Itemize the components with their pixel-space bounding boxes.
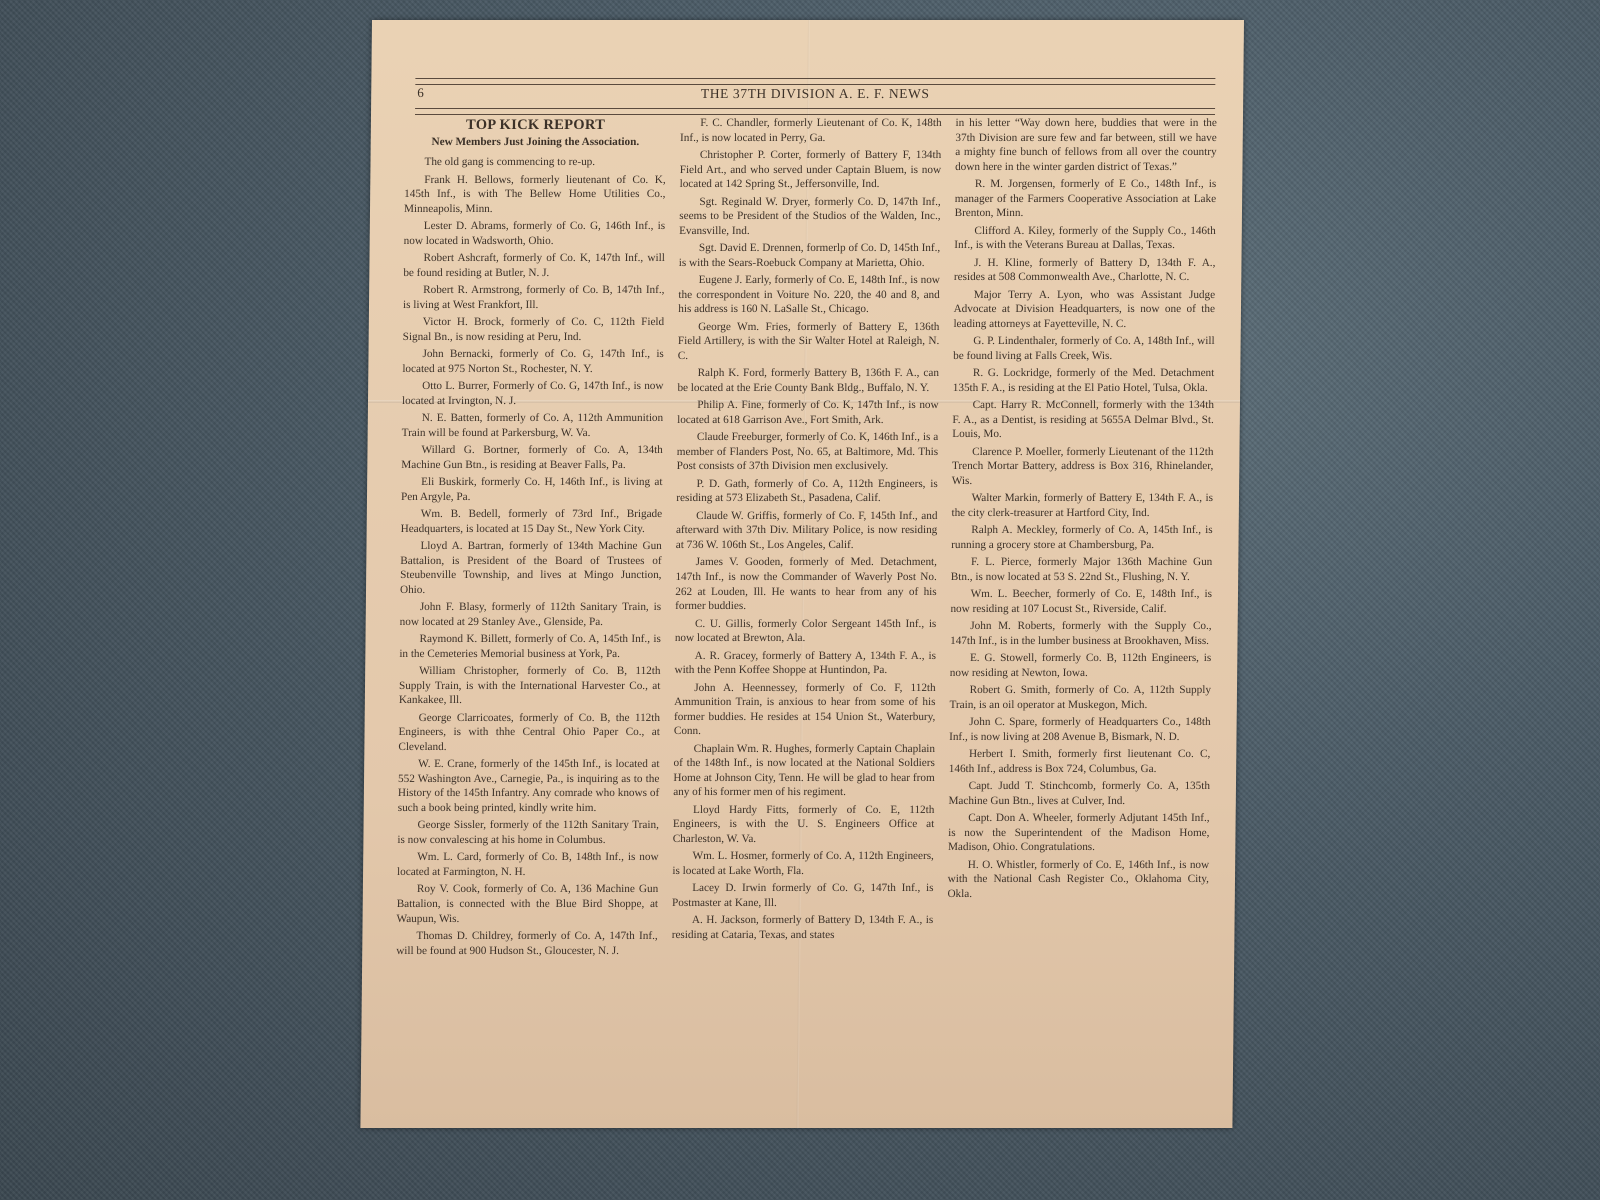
member-entry: Wm. B. Bedell, formerly of 73rd Inf., Br… xyxy=(401,507,663,536)
member-entry: Ralph K. Ford, formerly Battery B, 136th… xyxy=(677,366,939,395)
running-title: THE 37TH DIVISION A. E. F. NEWS xyxy=(415,86,1215,102)
member-entry: Philip A. Fine, formerly of Co. K, 147th… xyxy=(677,398,939,427)
member-entry: Clarence P. Moeller, formerly Lieutenant… xyxy=(952,445,1214,489)
member-entry: Wm. L. Hosmer, formerly of Co. A, 112th … xyxy=(672,849,934,878)
member-entry: Lloyd Hardy Fitts, formerly of Co. E, 11… xyxy=(673,803,935,847)
member-entry: Claude W. Griffis, formerly of Co. F, 14… xyxy=(676,509,938,553)
member-entry: H. O. Whistler, formerly of Co. E, 146th… xyxy=(947,858,1209,902)
member-entry: George Clarricoates, formerly of Co. B, … xyxy=(398,711,660,755)
member-entry: Lacey D. Irwin formerly of Co. G, 147th … xyxy=(672,881,934,910)
member-entry: A. R. Gracey, formerly of Battery A, 134… xyxy=(674,649,936,678)
member-entry: John M. Roberts, formerly with the Suppl… xyxy=(950,619,1212,648)
member-entry: The old gang is commencing to re-up. xyxy=(404,155,665,170)
member-entry: Wm. L. Beecher, formerly of Co. E, 148th… xyxy=(950,587,1212,616)
member-entry: E. G. Stowell, formerly Co. B, 112th Eng… xyxy=(950,651,1212,680)
member-entry: Willard G. Bortner, formerly of Co. A, 1… xyxy=(401,443,663,472)
member-entry: James V. Gooden, formerly of Med. Detach… xyxy=(675,555,937,613)
member-entry: Robert R. Armstrong, formerly of Co. B, … xyxy=(403,283,665,312)
member-entry: Roy V. Cook, formerly of Co. A, 136 Mach… xyxy=(397,882,659,926)
column-1: TOP KICK REPORT New Members Just Joining… xyxy=(395,116,667,1106)
member-entry: W. E. Crane, formerly of the 145th Inf.,… xyxy=(398,757,660,815)
member-entry: John C. Spare, formerly of Headquarters … xyxy=(949,715,1211,744)
member-entry: Capt. Don A. Wheeler, formerly Adjutant … xyxy=(948,811,1210,855)
member-entry: Claude Freeburger, formerly of Co. K, 14… xyxy=(677,430,939,474)
member-entry: Clifford A. Kiley, formerly of the Suppl… xyxy=(954,224,1216,253)
member-entry: J. H. Kline, formerly of Battery D, 134t… xyxy=(954,256,1216,285)
member-entry: Otto L. Burrer, Formerly of Co. G, 147th… xyxy=(402,379,664,408)
member-entry: Robert Ashcraft, formerly of Co. K, 147t… xyxy=(403,251,665,280)
masthead-rule-top xyxy=(415,78,1215,85)
member-entry: John A. Heennessey, formerly of Co. F, 1… xyxy=(674,681,936,739)
member-entry: Wm. L. Card, formerly of Co. B, 148th In… xyxy=(397,850,659,879)
member-entry: Robert G. Smith, formerly of Co. A, 112t… xyxy=(949,683,1211,712)
masthead-rule-bottom xyxy=(415,108,1215,115)
member-entry: R. M. Jorgensen, formerly of E Co., 148t… xyxy=(955,177,1217,221)
newspaper-page: 6 THE 37TH DIVISION A. E. F. NEWS TOP KI… xyxy=(360,20,1244,1128)
member-entry: Sgt. David E. Drennen, formerlp of Co. D… xyxy=(679,241,941,270)
member-entry: Christopher P. Corter, formerly of Batte… xyxy=(680,148,942,192)
member-entry: Herbert I. Smith, formerly first lieuten… xyxy=(949,747,1211,776)
member-entry: Capt. Harry R. McConnell, formerly with … xyxy=(952,398,1214,442)
masthead: 6 THE 37TH DIVISION A. E. F. NEWS xyxy=(415,78,1215,114)
member-entry: Thomas D. Childrey, formerly of Co. A, 1… xyxy=(396,929,658,958)
column-3: in his letter “Way down here, buddies th… xyxy=(945,116,1217,1106)
member-entry: Frank H. Bellows, formerly lieutenant of… xyxy=(404,173,666,217)
member-entry: Eli Buskirk, formerly Co. H, 146th Inf.,… xyxy=(401,475,663,504)
member-entry: F. C. Chandler, formerly Lieutenant of C… xyxy=(680,116,942,145)
member-entry: George Wm. Fries, formerly of Battery E,… xyxy=(678,320,940,364)
member-entry: Raymond K. Billett, formerly of Co. A, 1… xyxy=(399,632,661,661)
member-entry: Eugene J. Early, formerly of Co. E, 148t… xyxy=(678,273,940,317)
member-entry: Sgt. Reginald W. Dryer, formerly Co. D, … xyxy=(679,195,941,239)
column-2: F. C. Chandler, formerly Lieutenant of C… xyxy=(670,116,942,1106)
member-entry: Chaplain Wm. R. Hughes, formerly Captain… xyxy=(673,742,935,800)
member-entry: John Bernacki, formerly of Co. G, 147th … xyxy=(402,347,664,376)
member-entry: William Christopher, formerly of Co. B, … xyxy=(399,664,661,708)
member-entry: Lester D. Abrams, formerly of Co. G, 146… xyxy=(404,219,666,248)
member-entry: R. G. Lockridge, formerly of the Med. De… xyxy=(953,366,1215,395)
member-entry: Lloyd A. Bartran, formerly of 134th Mach… xyxy=(400,539,662,597)
member-entry: F. L. Pierce, formerly Major 136th Machi… xyxy=(951,555,1213,584)
member-entry: Victor H. Brock, formerly of Co. C, 112t… xyxy=(403,315,665,344)
member-entry: Major Terry A. Lyon, who was Assistant J… xyxy=(953,288,1215,332)
article-subtitle: New Members Just Joining the Association… xyxy=(405,135,666,150)
member-entry: Walter Markin, formerly of Battery E, 13… xyxy=(951,491,1213,520)
text-columns: TOP KICK REPORT New Members Just Joining… xyxy=(395,116,1217,1106)
member-entry: John F. Blasy, formerly of 112th Sanitar… xyxy=(400,600,662,629)
member-entry: A. H. Jackson, formerly of Battery D, 13… xyxy=(672,913,934,942)
member-entry: N. E. Batten, formerly of Co. A, 112th A… xyxy=(402,411,664,440)
member-entry: George Sissler, formerly of the 112th Sa… xyxy=(397,818,659,847)
member-entry: C. U. Gillis, formerly Color Sergeant 14… xyxy=(675,617,937,646)
article-title: TOP KICK REPORT xyxy=(405,118,666,133)
member-entry: in his letter “Way down here, buddies th… xyxy=(955,116,1217,174)
member-entry: G. P. Lindenthaler, formerly of Co. A, 1… xyxy=(953,334,1215,363)
member-entry: P. D. Gath, formerly of Co. A, 112th Eng… xyxy=(676,477,938,506)
member-entry: Ralph A. Meckley, formerly of Co. A, 145… xyxy=(951,523,1213,552)
member-entry: Capt. Judd T. Stinchcomb, formerly Co. A… xyxy=(948,779,1210,808)
